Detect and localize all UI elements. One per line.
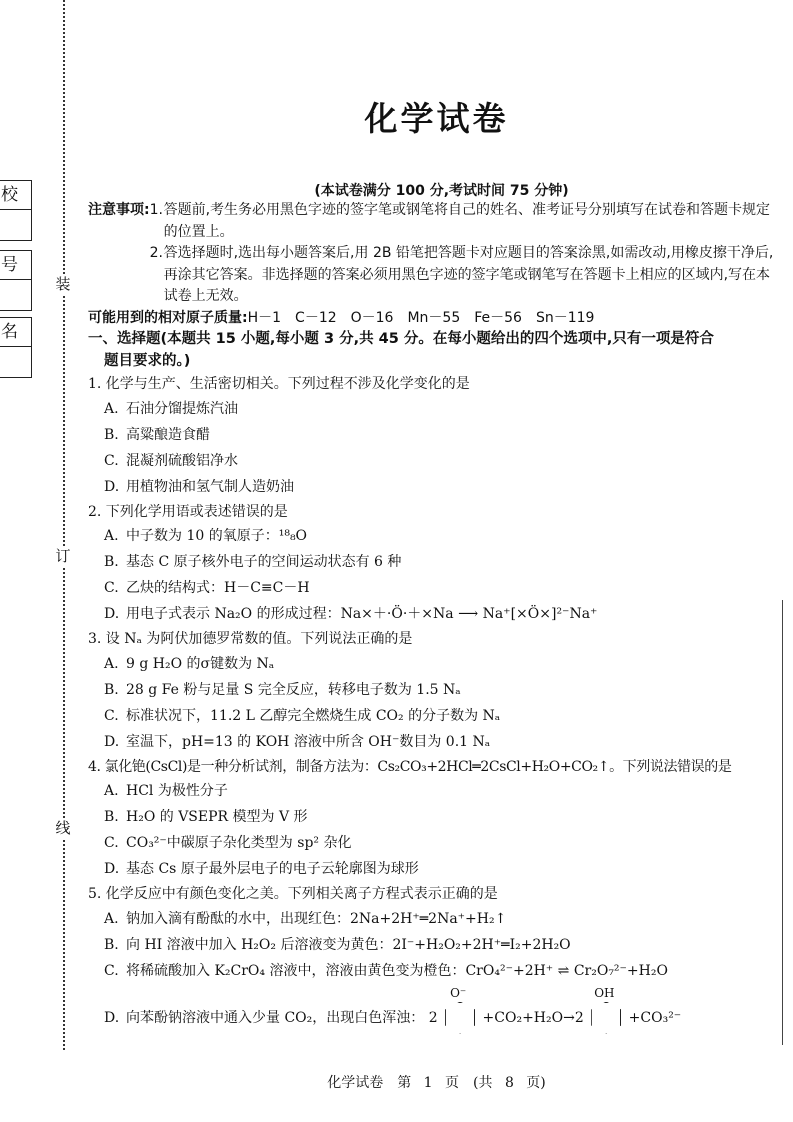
name-label: 名 [0,318,31,347]
option-d: D.向苯酚钠溶液中通入少量 CO₂，出现白色浑浊： 2 O⁻ +CO₂+H₂O→… [88,988,784,1048]
question-5: 5. 化学反应中有颜色变化之美。下列相关离子方程式表示正确的是 A.钠加入滴有酚… [88,884,784,1048]
option-d: D.室温下，pH=13 的 KOH 溶液中所含 OH⁻数目为 0.1 Nₐ [88,729,784,755]
notice-item: 2. 答选择题时,选出每小题答案后,用 2B 铅笔把答题卡对应题目的答案涂黑,如… [150,243,784,308]
exam-content: 注意事项: 1. 答题前,考生务必用黑色字迹的签字笔或钢笔将自己的姓名、准考证号… [88,200,784,1048]
option-d: D.基态 Cs 原子最外层电子的电子云轮廓图为球形 [88,856,784,882]
option-a: A.石油分馏提炼汽油 [88,396,784,422]
name-field[interactable]: 名 [0,317,32,378]
exam-subtitle: (本试卷满分 100 分,考试时间 75 分钟) [0,180,793,200]
notice-item: 1. 答题前,考生务必用黑色字迹的签字笔或钢笔将自己的姓名、准考证号分别填写在试… [150,200,784,243]
question-2: 2. 下列化学用语或表述错误的是 A.中子数为 10 的氧原子：¹⁸₈O B.基… [88,502,784,628]
exam-number-label: 号 [0,251,31,280]
option-b: B.向 HI 溶液中加入 H₂O₂ 后溶液变为黄色：2I⁻+H₂O₂+2H⁺═I… [88,932,784,958]
phenol-structure: OH [588,1002,624,1034]
question-stem: 3. 设 Nₐ 为阿伏加德罗常数的值。下列说法正确的是 [88,629,784,651]
option-c: C.标准状况下，11.2 L 乙醇完全燃烧生成 CO₂ 的分子数为 Nₐ [88,703,784,729]
option-a: A.钠加入滴有酚酞的水中，出现红色：2Na+2H⁺═2Na⁺+H₂↑ [88,906,784,932]
question-3: 3. 设 Nₐ 为阿伏加德罗常数的值。下列说法正确的是 A.9 g H₂O 的σ… [88,629,784,755]
option-b: B.28 g Fe 粉与足量 S 完全反应，转移电子数为 1.5 Nₐ [88,677,784,703]
phenoxide-structure: O⁻ [442,1002,478,1034]
question-stem: 2. 下列化学用语或表述错误的是 [88,502,784,524]
exam-number-input[interactable] [0,280,31,310]
option-d: D.用电子式表示 Na₂O 的形成过程：Na×＋·Ö·＋×Na ⟶ Na⁺[×Ö… [88,601,784,627]
option-c: C.乙炔的结构式：H－C≡C－H [88,575,784,601]
option-a: A.9 g H₂O 的σ键数为 Nₐ [88,651,784,677]
option-b: B.H₂O 的 VSEPR 模型为 V 形 [88,804,784,830]
school-input[interactable] [0,210,31,240]
benzene-ring-icon [591,1002,621,1034]
question-stem: 4. 氯化铯(CsCl)是一种分析试剂，制备方法为：Cs₂CO₃+2HCl═2C… [88,757,784,779]
exam-number-field[interactable]: 号 [0,250,32,311]
section-heading: 一、选择题(本题共 15 小题,每小题 3 分,共 45 分。在每小题给出的四个… [88,329,784,372]
page-footer: 化学试卷 第 1 页 (共 8 页) [0,1072,793,1092]
question-stem: 1. 化学与生产、生活密切相关。下列过程不涉及化学变化的是 [88,374,784,396]
benzene-ring-icon [445,1002,475,1034]
option-d: D.用植物油和氢气制人造奶油 [88,474,784,500]
binding-label-zhuang: 装 [52,274,74,294]
notice-block: 注意事项: 1. 答题前,考生务必用黑色字迹的签字笔或钢笔将自己的姓名、准考证号… [88,200,784,308]
option-c: C.CO₃²⁻中碳原子杂化类型为 sp² 杂化 [88,830,784,856]
binding-dotted-line [63,0,65,1050]
notice-heading: 注意事项: [88,200,150,308]
option-b: B.基态 C 原子核外电子的空间运动状态有 6 种 [88,549,784,575]
atomic-masses: 可能用到的相对原子质量:H－1 C－12 O－16 Mn－55 Fe－56 Sn… [88,308,784,330]
option-c: C.将稀硫酸加入 K₂CrO₄ 溶液中，溶液由黄色变为橙色：CrO₄²⁻+2H⁺… [88,958,784,984]
option-a: A.HCl 为极性分子 [88,778,784,804]
option-c: C.混凝剂硫酸铝净水 [88,448,784,474]
name-input[interactable] [0,347,31,377]
question-stem: 5. 化学反应中有颜色变化之美。下列相关离子方程式表示正确的是 [88,884,784,906]
page-title: 化学试卷 [0,93,793,140]
binding-label-ding: 订 [52,546,74,566]
question-4: 4. 氯化铯(CsCl)是一种分析试剂，制备方法为：Cs₂CO₃+2HCl═2C… [88,757,784,883]
binding-label-xian: 线 [52,818,74,838]
option-a: A.中子数为 10 的氧原子：¹⁸₈O [88,523,784,549]
option-b: B.高粱酿造食醋 [88,422,784,448]
question-1: 1. 化学与生产、生活密切相关。下列过程不涉及化学变化的是 A.石油分馏提炼汽油… [88,374,784,500]
